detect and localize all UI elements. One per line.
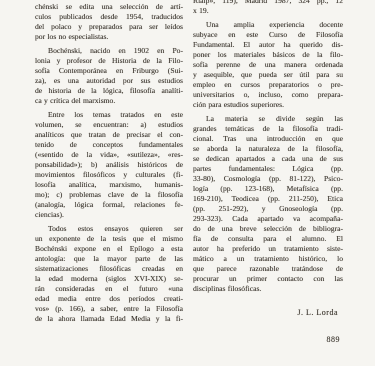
text-line: de historia de la lógica, filosofía anal… bbox=[35, 86, 183, 96]
text-line: vos» (p. 166), a saber, entre la Filosof… bbox=[35, 304, 183, 314]
text-line: ca y crítica del marxismo. bbox=[35, 96, 183, 106]
text-line: (analogía, lógica formal, relaciones fe- bbox=[35, 200, 183, 210]
text-line: analíticos que tratan de precisar el con… bbox=[35, 130, 183, 140]
text-line: fía de consulta para el alumno. El bbox=[193, 234, 343, 244]
text-line: autor ha preferido un tratamiento siste- bbox=[193, 244, 343, 254]
text-line: que parece razonable tratándose de bbox=[193, 264, 343, 274]
scanned-page: chénski se edita una selección de artí-c… bbox=[0, 0, 375, 366]
paragraph: Rialp», 119), Madrid 1987, 324 pp., 12x … bbox=[193, 0, 343, 16]
text-line: de la ahora llamada Edad Media y la fi- bbox=[35, 314, 183, 324]
text-line: ción para estudios superiores. bbox=[193, 100, 343, 110]
text-line: universitarios o, incluso, como prepara- bbox=[193, 90, 343, 100]
text-line: Bochénski, nacido en 1902 en Po- bbox=[35, 46, 183, 56]
paragraph: chénski se edita una selección de artí-c… bbox=[35, 2, 183, 42]
text-line: ponsabilidad»); b) análisis históricos d… bbox=[35, 160, 183, 170]
text-line: subyace en este Curso de Filosofía bbox=[193, 30, 343, 40]
paragraph: Bochénski, nacido en 1902 en Po-lonia y … bbox=[35, 46, 183, 106]
text-line: chénski se edita una selección de artí- bbox=[35, 2, 183, 12]
text-line: Bochénski expone en el Epílogo a esta bbox=[35, 244, 183, 254]
text-line: rán consideradas en el futuro «una bbox=[35, 284, 183, 294]
text-line: ciencias). bbox=[35, 210, 183, 220]
right-column: Rialp», 119), Madrid 1987, 324 pp., 12x … bbox=[193, 0, 343, 345]
text-line: sofía Contemporánea en Friburgo (Sui- bbox=[35, 66, 183, 76]
paragraph: Todos estos ensayos quieren serun expone… bbox=[35, 224, 183, 324]
page-number: 889 bbox=[193, 335, 343, 345]
text-line: disciplinas filosóficas. bbox=[193, 284, 343, 294]
paragraph: Una amplia experiencia docentesubyace en… bbox=[193, 20, 343, 110]
text-line: Todos estos ensayos quieren ser bbox=[35, 224, 183, 234]
text-line: («sentido de la vida», «sutileza», «res- bbox=[35, 150, 183, 160]
text-line: (pp. 251-292), y Gnoseología (pp. bbox=[193, 204, 343, 214]
text-line: sofía perenne de una manera ordenada bbox=[193, 60, 343, 70]
text-line: cional. Tras una introducción en que bbox=[193, 134, 343, 144]
text-line: movimientos filosóficos y culturales (fi… bbox=[35, 170, 183, 180]
text-line: un exponente de la tesis que el mismo bbox=[35, 234, 183, 244]
paragraph: La materia se divide según lasgrandes te… bbox=[193, 114, 343, 294]
text-line: x 19. bbox=[193, 6, 343, 16]
text-line: procurar un primer contacto con las bbox=[193, 274, 343, 284]
text-line: antología: que la mayor parte de las bbox=[35, 254, 183, 264]
text-line: losofía analítica, marxismo, humanis- bbox=[35, 180, 183, 190]
text-line: mo); c) problemas clave de la filosofía bbox=[35, 190, 183, 200]
text-line: y asequible, que pueda ser útil para su bbox=[193, 70, 343, 80]
text-line: se aborda la naturaleza de la filosofía, bbox=[193, 144, 343, 154]
text-line: Rialp», 119), Madrid 1987, 324 pp., 12 bbox=[193, 0, 343, 6]
text-line: la edad moderna (siglos XVI-XIX) se- bbox=[35, 274, 183, 284]
text-line: del polaco y preparados para ser leídos bbox=[35, 22, 183, 32]
signature: J. L. Lorda bbox=[193, 308, 343, 318]
text-line: 293-323). Cada apartado va acompaña- bbox=[193, 214, 343, 224]
text-line: sistematizaciones filosóficas creadas en bbox=[35, 264, 183, 274]
text-line: 169-210), Teodicea (pp. 211-250), Etica bbox=[193, 194, 343, 204]
text-line: Entre los temas tratados en este bbox=[35, 110, 183, 120]
text-line: edad media entre dos períodos creati- bbox=[35, 294, 183, 304]
text-line: se dedican apartados a cada una de sus bbox=[193, 154, 343, 164]
text-line: 33-80), Cosmología (pp. 81-122), Psico- bbox=[193, 174, 343, 184]
text-line: poner los materiales básicos de la filo- bbox=[193, 50, 343, 60]
text-line: por los no especialistas. bbox=[35, 32, 183, 42]
text-line: mático a un tratamiento histórico, lo bbox=[193, 254, 343, 264]
text-line: tenido de conceptos fundamentales bbox=[35, 140, 183, 150]
text-line: lonia y profesor de Historia de la Filo- bbox=[35, 56, 183, 66]
left-column: chénski se edita una selección de artí-c… bbox=[35, 2, 183, 324]
text-line: partes fundamentales: Lógica (pp. bbox=[193, 164, 343, 174]
text-line: za), es una autoridad por sus estudios bbox=[35, 76, 183, 86]
text-line: volumen, se encuentran: a) estudios bbox=[35, 120, 183, 130]
text-line: La materia se divide según las bbox=[193, 114, 343, 124]
text-line: empleo en cursos preparatorios o pre- bbox=[193, 80, 343, 90]
text-line: logía (pp. 123-168), Metafísica (pp. bbox=[193, 184, 343, 194]
text-line: Una amplia experiencia docente bbox=[193, 20, 343, 30]
text-line: grandes temáticas de la filosofía tradi- bbox=[193, 124, 343, 134]
paragraph: Entre los temas tratados en estevolumen,… bbox=[35, 110, 183, 220]
text-line: culos publicados desde 1954, traducidos bbox=[35, 12, 183, 22]
text-line: do de una breve selección de bibliogra- bbox=[193, 224, 343, 234]
text-line: Fundamental. El autor ha querido dis- bbox=[193, 40, 343, 50]
